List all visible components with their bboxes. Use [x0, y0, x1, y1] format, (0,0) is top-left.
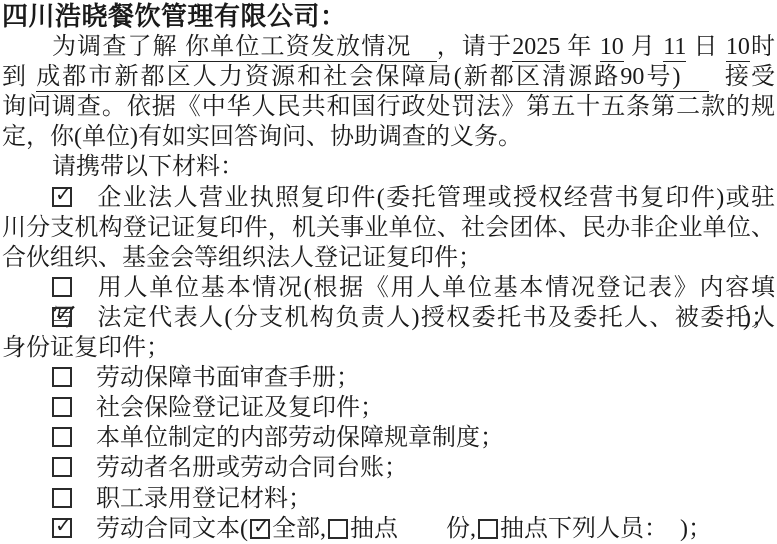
line-intro-3: 询问调查。依据《中华人民共和国行政处罚法》第五十五条第二款的规 — [2, 92, 775, 122]
text-run: 月 — [624, 34, 664, 60]
text-run: 时 — [750, 34, 775, 60]
line-item8: 职工录用登记材料； — [2, 484, 775, 514]
line-item1-b: 川分支机构登记证复印件，机关事业单位、社会团体、民办非企业单位、 — [2, 213, 775, 243]
checkbox-unchecked-icon — [52, 397, 72, 417]
checkbox-unchecked-icon — [478, 519, 498, 539]
text-run: 合伙组织、基金会等组织法人登记证复印件； — [2, 245, 482, 271]
check-mark: ✓ — [253, 516, 270, 536]
text-run: 劳动保障书面审查手册； — [84, 365, 360, 391]
line-item5: 社会保险登记证及复印件； — [2, 393, 775, 423]
text-run: 社会保险登记证及复印件； — [84, 395, 384, 421]
text-run: 川分支机构登记证复印件，机关事业单位、社会团体、民办非企业单位、 — [2, 215, 775, 241]
check-mark: ✓ — [55, 515, 72, 535]
line-item6: 本单位制定的内部劳动保障规章制度； — [2, 423, 775, 453]
text-run: 职工录用登记材料； — [84, 486, 312, 512]
line-item4: 劳动保障书面审查手册； — [2, 363, 775, 393]
line-intro-2: 到 成都市新都区人力资源和社会保障局(新都区清源路90号) 接受 — [2, 62, 775, 92]
recipient-title: 四川浩晓餐饮管理有限公司： — [2, 2, 775, 32]
check-mark: ✓ — [55, 304, 72, 324]
checkbox-unchecked-icon — [52, 457, 72, 477]
text-run: 接受 — [709, 64, 775, 90]
underlined-field: 成都市新都区人力资源和社会保障局(新都区清源路90号) — [36, 64, 709, 92]
text-run: 年 — [560, 34, 600, 60]
line-intro-4: 定，你(单位)有如实回答询问、协助调查的义务。 — [2, 122, 775, 152]
underlined-field: 10 — [726, 34, 750, 62]
line-item7: 劳动者名册或劳动合同台账； — [2, 453, 775, 483]
text-run: 日 — [686, 34, 726, 60]
underlined-field: 2025 — [512, 34, 560, 62]
check-mark: ✓ — [55, 184, 72, 204]
text-run: 抽点下列人员： )； — [500, 516, 712, 542]
line-intro-1: 为调查了解 你单位工资发放情况 ，请于2025 年 10 月 11 日 10时 — [2, 32, 775, 62]
checkbox-unchecked-icon — [52, 367, 72, 387]
underlined-field: 你单位工资发放情况 — [178, 34, 437, 62]
notice-document: 四川浩晓餐饮管理有限公司： 为调查了解 你单位工资发放情况 ，请于2025 年 … — [0, 0, 777, 544]
checkbox-unchecked-icon — [52, 277, 72, 297]
line-materials-heading: 请携带以下材料： — [2, 152, 775, 182]
text-run: 为调查了解 — [52, 34, 178, 60]
text-run: 本单位制定的内部劳动保障规章制度； — [84, 425, 504, 451]
line-item3-a: ✓ 法定代表人(分支机构负责人)授权委托书及委托人、被委托人 — [2, 303, 775, 333]
text-run: 身份证复印件； — [2, 335, 170, 361]
text-run: 请携带以下材料： — [52, 154, 244, 180]
line-item1-c: 合伙组织、基金会等组织法人登记证复印件； — [2, 243, 775, 273]
text-run: 定，你(单位)有如实回答询问、协助调查的义务。 — [2, 124, 522, 150]
checkbox-checked-icon: ✓ — [52, 518, 72, 538]
checkbox-checked-icon: ✓ — [250, 519, 270, 539]
text-run: 法定代表人(分支机构负责人)授权委托书及委托人、被委托人 — [84, 305, 775, 331]
line-item2: 用人单位基本情况(根据《用人单位基本情况登记表》内容填写)； — [2, 273, 775, 303]
checkbox-unchecked-icon — [52, 427, 72, 447]
underlined-field: 11 — [663, 34, 686, 62]
text-run: 劳动者名册或劳动合同台账； — [84, 455, 408, 481]
line-item1-a: ✓ 企业法人营业执照复印件(委托管理或授权经营书复印件)或驻 — [2, 183, 775, 213]
checkbox-checked-icon: ✓ — [52, 307, 72, 327]
line-item3-b: 身份证复印件； — [2, 333, 775, 363]
checkbox-checked-icon: ✓ — [52, 187, 72, 207]
text-run: ，请于 — [437, 34, 513, 60]
line-item9: ✓ 劳动合同文本(✓全部,抽点 份,抽点下列人员： )； — [2, 514, 775, 544]
text-run: 劳动合同文本( — [84, 516, 248, 542]
checkbox-unchecked-icon — [328, 519, 348, 539]
text-run: 到 — [2, 64, 36, 90]
text-run: 抽点 份, — [350, 516, 476, 542]
text-run: 询问调查。依据《中华人民共和国行政处罚法》第五十五条第二款的规 — [2, 94, 775, 120]
text-run: 企业法人营业执照复印件(委托管理或授权经营书复印件)或驻 — [84, 185, 775, 211]
underlined-field: 10 — [600, 34, 624, 62]
text-run: 全部, — [272, 516, 326, 542]
checkbox-unchecked-icon — [52, 488, 72, 508]
